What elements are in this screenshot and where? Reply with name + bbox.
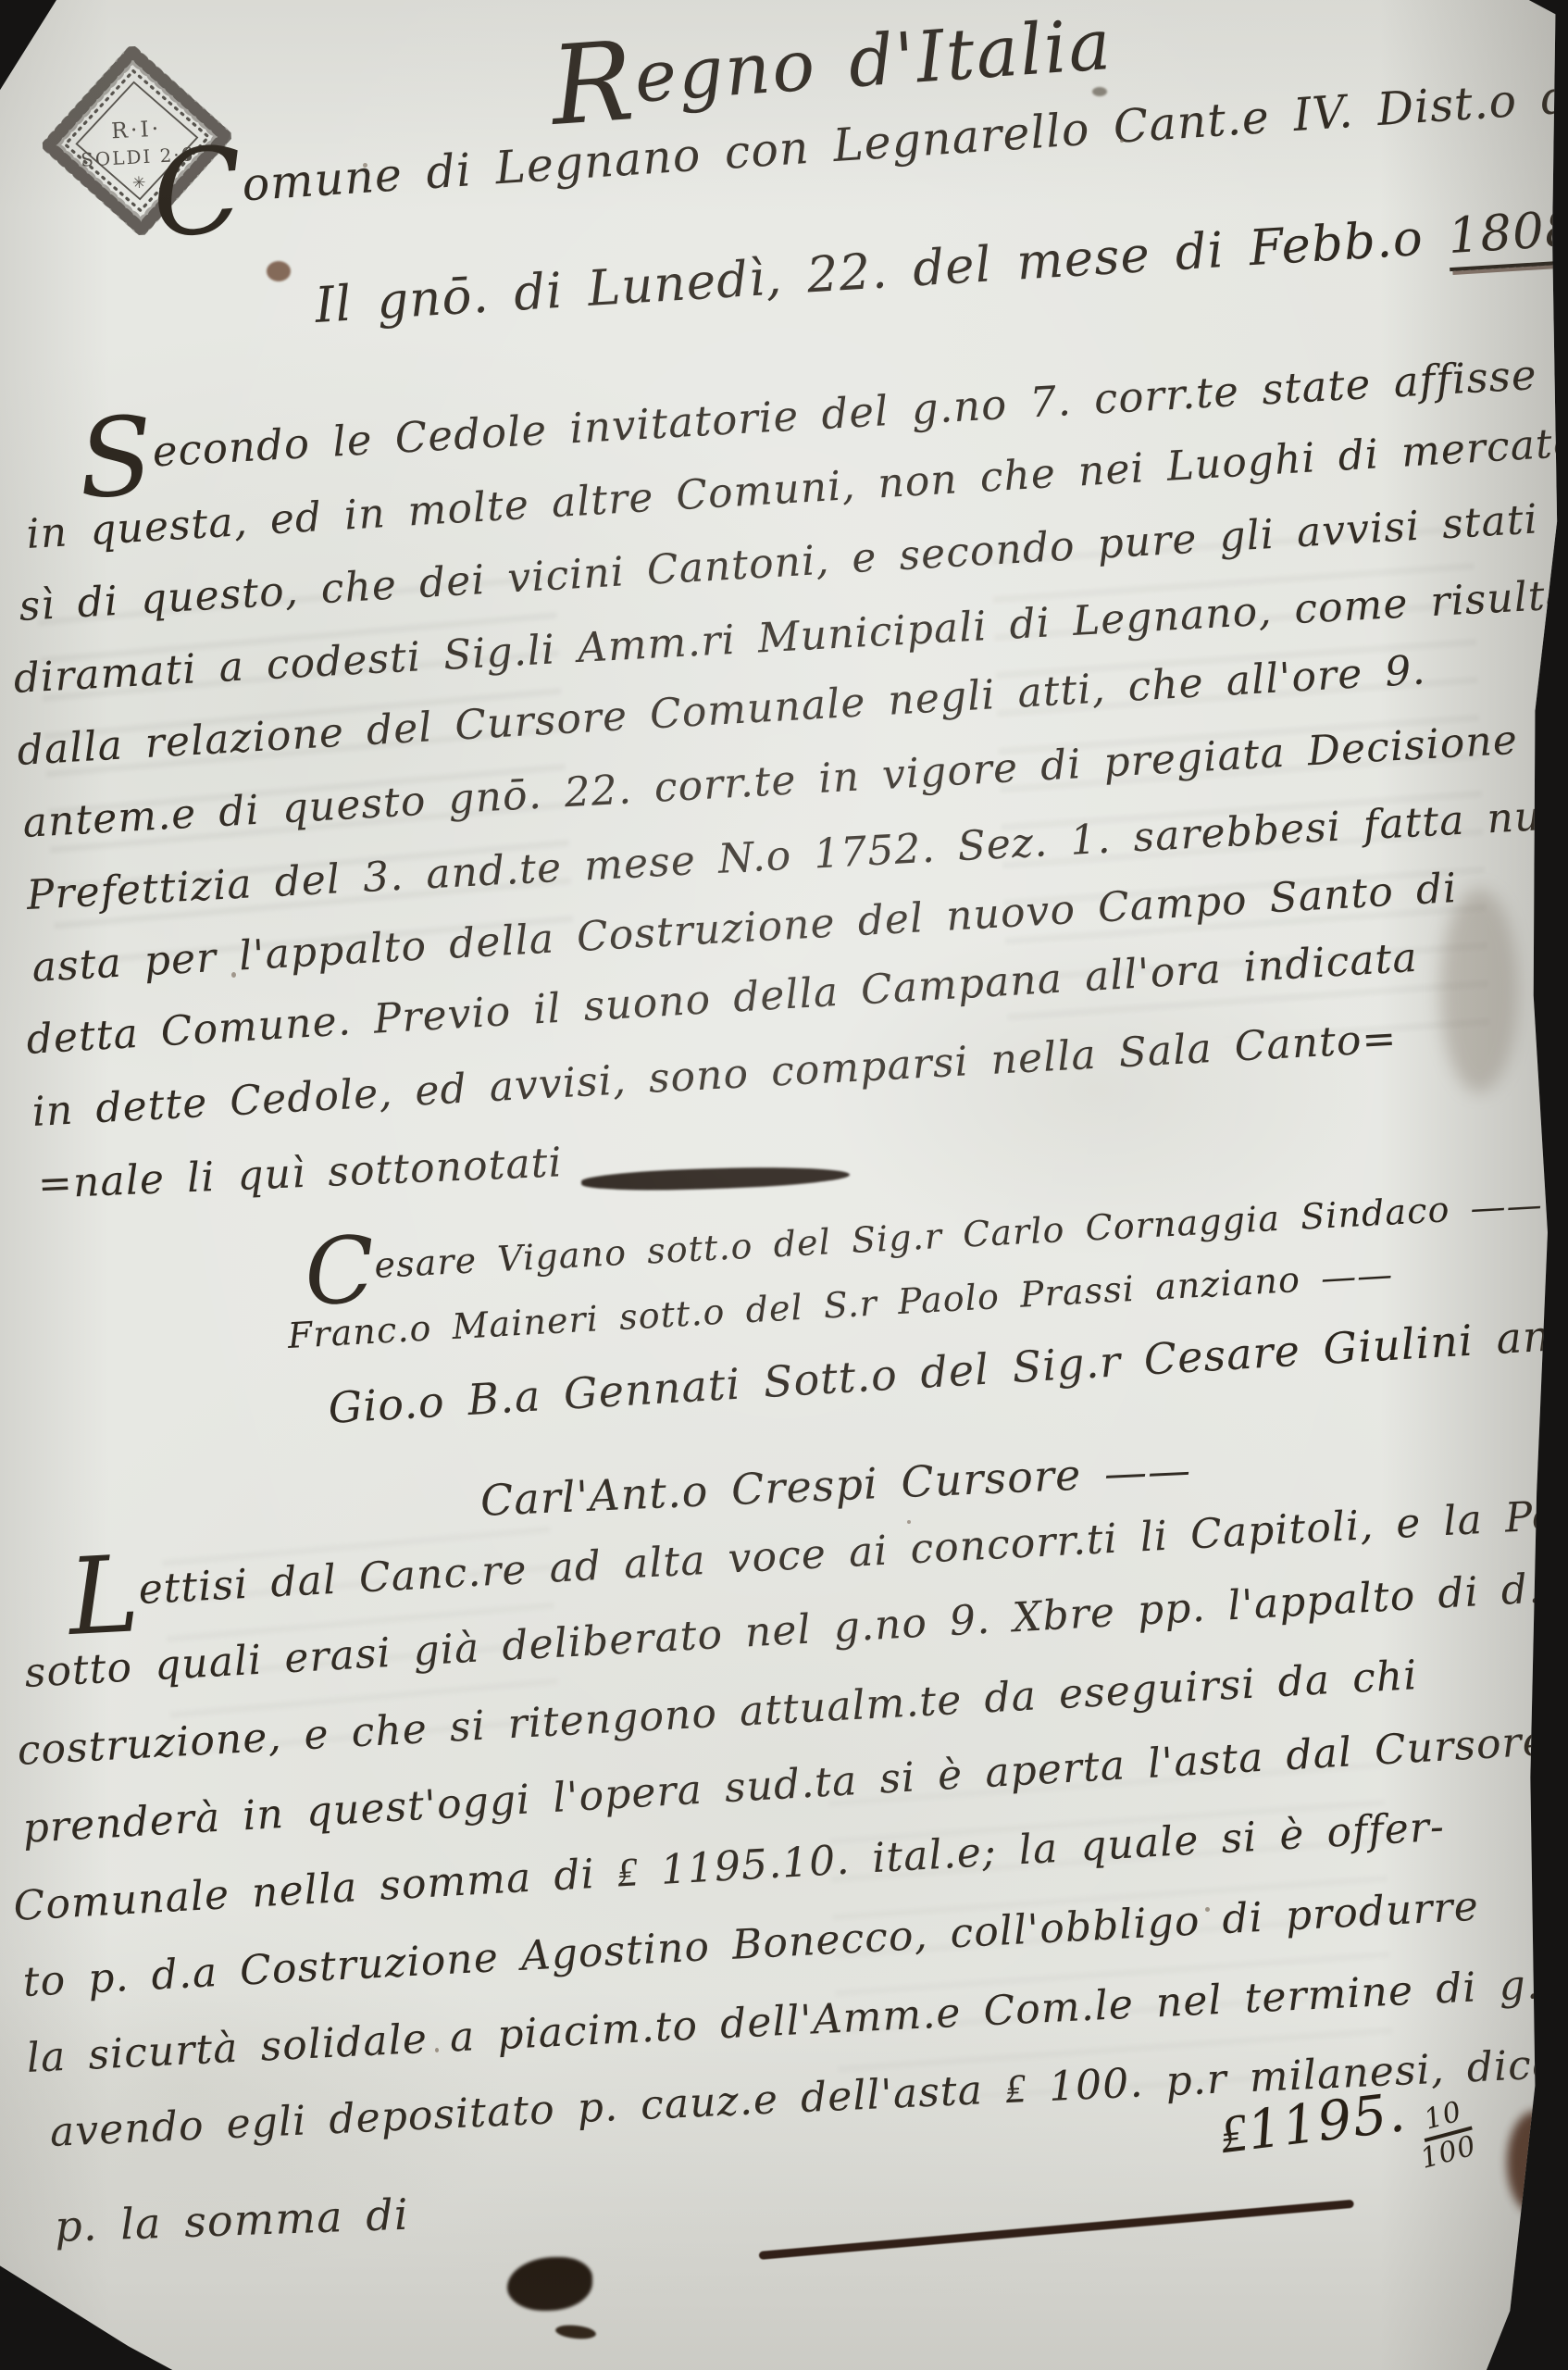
- paper-stain: [1092, 87, 1107, 96]
- date-line: Il gnō. di Lunedì, 22. del mese di Febb.…: [314, 202, 1568, 331]
- ink-blot: [554, 2324, 596, 2341]
- stamp-ornament-icon: ✳: [132, 174, 147, 193]
- paper-speck: [231, 972, 236, 978]
- date-prefix: Il gnō. di Lunedì, 22. del mese di Febb.…: [314, 208, 1450, 334]
- paper-stain: [1507, 2111, 1564, 2214]
- paper-speck: [435, 2048, 439, 2052]
- ink-blot: [507, 2257, 592, 2311]
- paper-stain: [267, 261, 291, 281]
- paper-speck: [1120, 139, 1124, 143]
- paper-speck: [363, 163, 367, 168]
- pen-stroke: [759, 2200, 1354, 2260]
- ink-smear: [581, 1164, 851, 1193]
- attendee-line: Carl'Ant.o Crespi Cursore ——: [479, 1449, 1192, 1522]
- paper-speck: [907, 1520, 911, 1524]
- paper-speck: [1205, 1907, 1210, 1912]
- manuscript-page: R·I· SOLDI 2·6 ✳ Regno d'Italia Comune d…: [0, 0, 1568, 2370]
- date-year: 1808: [1447, 201, 1568, 271]
- manuscript-line: =nale li quì sottonotati: [37, 1142, 563, 1205]
- amount-fraction: 10100: [1414, 2099, 1478, 2170]
- manuscript-line: p. la somma di: [54, 2193, 409, 2248]
- page-title: Regno d'Italia: [549, 9, 1114, 118]
- paper-sheet: R·I· SOLDI 2·6 ✳ Regno d'Italia Comune d…: [0, 0, 1568, 2370]
- paper-stain: [1440, 889, 1518, 1092]
